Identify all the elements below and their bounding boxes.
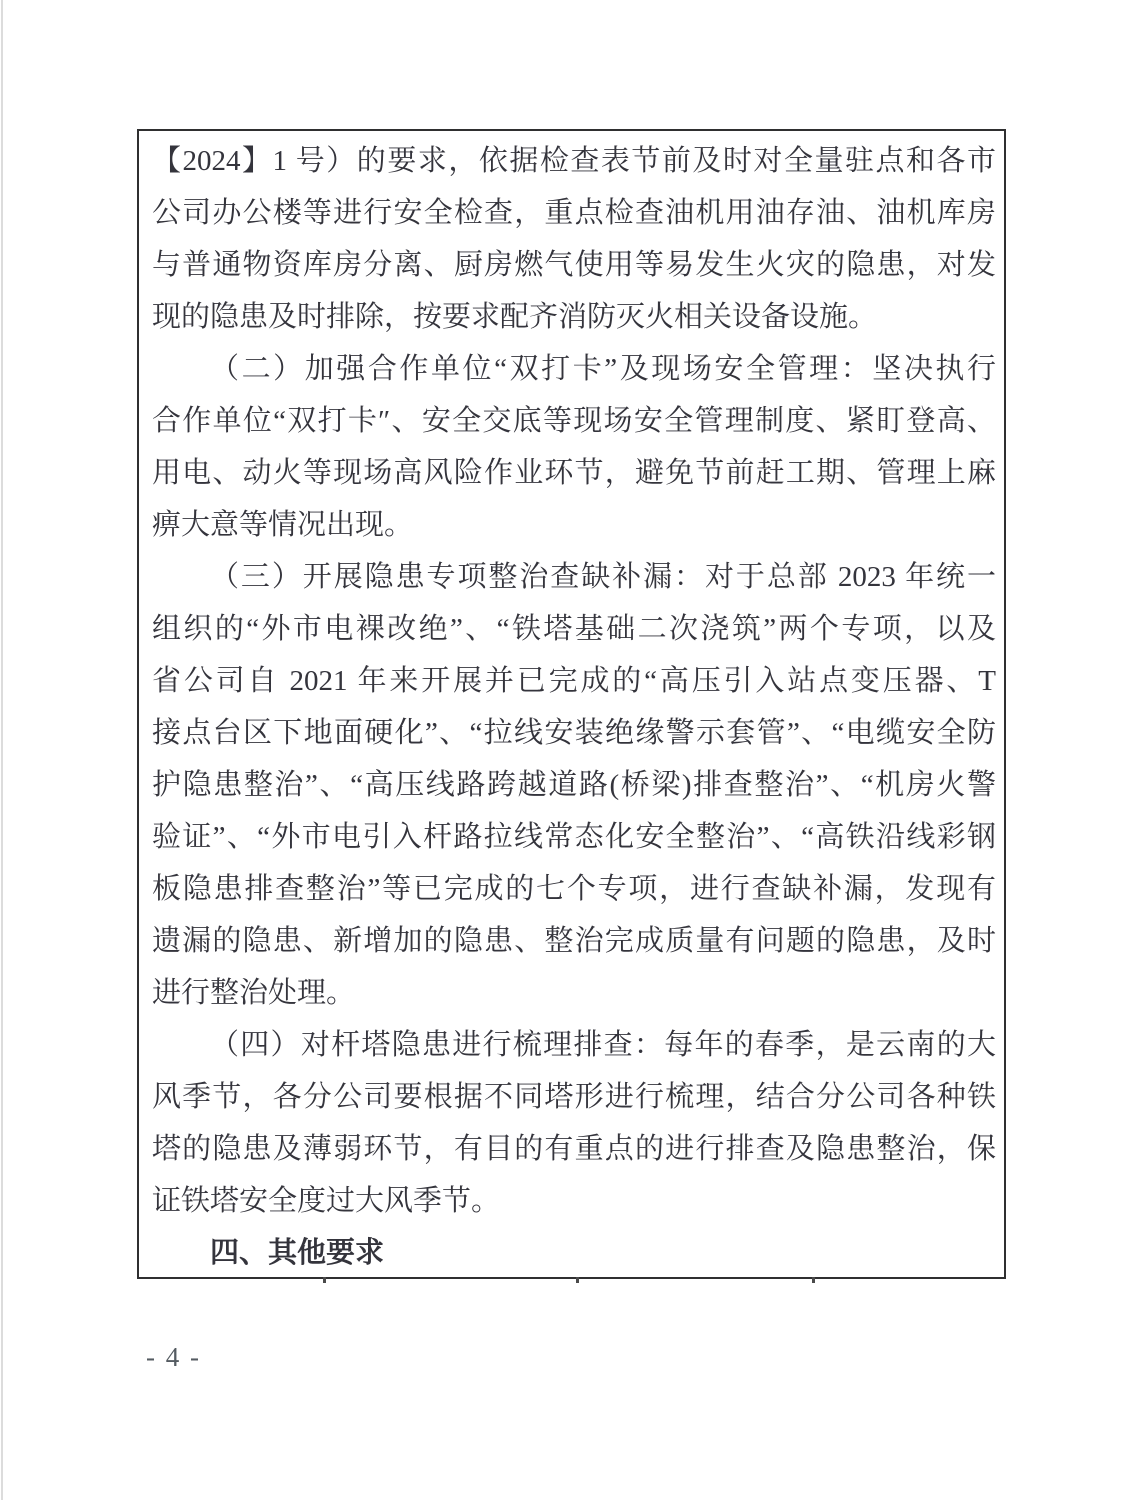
document-line-section-3-heading: （三）开展隐患专项整治查缺补漏：对于总部 2023 年统一	[152, 551, 996, 603]
document-line: 风季节，各分公司要根据不同塔形进行梳理，结合分公司各种铁	[152, 1071, 996, 1123]
document-line-section-4-heading: （四）对杆塔隐患进行梳理排查：每年的春季，是云南的大	[152, 1019, 996, 1071]
document-line: 与普通物资库房分离、厨房燃气使用等易发生火灾的隐患，对发	[152, 239, 996, 291]
document-line: 证铁塔安全度过大风季节。	[152, 1175, 996, 1227]
document-line: 公司办公楼等进行安全检查，重点检查油机用油存油、油机库房	[152, 187, 996, 239]
scan-tick-mark	[323, 1277, 326, 1283]
document-line: 用电、动火等现场高风险作业环节，避免节前赶工期、管理上麻	[152, 447, 996, 499]
document-line: 护隐患整治”、“高压线路跨越道路(桥梁)排查整治”、“机房火警	[152, 759, 996, 811]
scanned-page-edge	[1, 0, 3, 1500]
page-number: - 4 -	[146, 1341, 201, 1373]
document-line: 合作单位“双打卡″、安全交底等现场安全管理制度、紧盯登高、	[152, 395, 996, 447]
document-text-frame: 【2024】1 号）的要求，依据检查表节前及时对全量驻点和各市 公司办公楼等进行…	[137, 129, 1006, 1279]
document-heading-other-requirements: 四、其他要求	[152, 1227, 996, 1279]
document-line: 进行整治处理。	[152, 967, 996, 1019]
scan-tick-mark	[812, 1277, 815, 1283]
document-line: 组织的“外市电裸改绝”、“铁塔基础二次浇筑”两个专项，以及	[152, 603, 996, 655]
document-line: 【2024】1 号）的要求，依据检查表节前及时对全量驻点和各市	[152, 135, 996, 187]
document-line: 现的隐患及时排除，按要求配齐消防灭火相关设备设施。	[152, 291, 996, 343]
document-line: 验证”、“外市电引入杆路拉线常态化安全整治”、“高铁沿线彩钢	[152, 811, 996, 863]
document-line: 省公司自 2021 年来开展并已完成的“高压引入站点变压器、T	[152, 655, 996, 707]
document-line: 塔的隐患及薄弱环节，有目的有重点的进行排查及隐患整治，保	[152, 1123, 996, 1175]
document-line: 痹大意等情况出现。	[152, 499, 996, 551]
document-line-section-2-heading: （二）加强合作单位“双打卡”及现场安全管理：坚决执行	[152, 343, 996, 395]
document-line: 板隐患排查整治”等已完成的七个专项，进行查缺补漏，发现有	[152, 863, 996, 915]
document-line: 遗漏的隐患、新增加的隐患、整治完成质量有问题的隐患，及时	[152, 915, 996, 967]
document-line: 接点台区下地面硬化”、“拉线安装绝缘警示套管”、“电缆安全防	[152, 707, 996, 759]
scan-tick-mark	[576, 1277, 579, 1283]
